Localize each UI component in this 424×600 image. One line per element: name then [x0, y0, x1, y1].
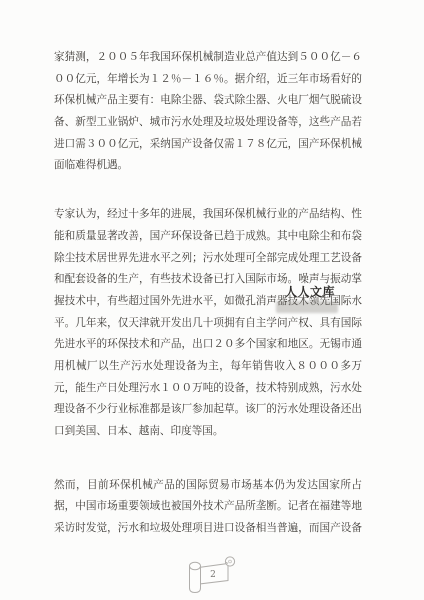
text-line: 然而，目前环保机械产品的国际贸易市场基本仍为发达国家所占 [54, 475, 362, 497]
text-line: 环保机械产品主要有：电除尘器、袋式除尘器、火电厂烟气脱硫设 [54, 90, 362, 112]
text-line: 平。几年来，仅天津就开发出几十项拥有自主学问产权、具有国际 [54, 313, 362, 335]
text-line: 先进水平的环保技术和产品，出口２０多个国家和地区。无锡市通 [54, 334, 362, 356]
text-line: 采访时发觉，污水和垃圾处理项目进口设备相当普遍，而国产设备 [54, 518, 362, 540]
text-line: ００亿元，年增长为１２％－１６％。据介绍，近三年市场看好的 [54, 69, 362, 91]
text-line: 用机械厂以生产污水处理设备为主，每年销售收入８０００多万 [54, 356, 362, 378]
text-line: 元，能生产日处理污水１００万吨的设备，技术特别成熟，污水处 [54, 378, 362, 400]
paragraph: 专家认为，经过十多年的进展，我国环保机械行业的产品结构、性能和质量显著改善，国产… [54, 204, 362, 443]
text-line: 和配套设备的生产，有些技术设备已打入国际市场。噪声与振动掌 [54, 269, 362, 291]
text-line: 握技术中，有些超过国外先进水平，如微孔消声器技术领先国际水 [54, 291, 362, 313]
paragraph: 然而，目前环保机械产品的国际贸易市场基本仍为发达国家所占据，中国市场重要领域也被… [54, 475, 362, 540]
text-line: 据，中国市场重要领域也被国外技术产品所垄断。记者在福建等地 [54, 496, 362, 518]
text-line: 面临难得机遇。 [54, 155, 362, 177]
text-line: 专家认为，经过十多年的进展，我国环保机械行业的产品结构、性 [54, 204, 362, 226]
text-line: 除尘技术居世界先进水平之列；污水处理可全部完成处理工艺设备 [54, 248, 362, 270]
page-number-ornament: 2 [185, 552, 243, 596]
text-line: 能和质量显著改善，国产环保设备已趋于成熟。其中电除尘和布袋 [54, 226, 362, 248]
scroll-icon: 2 [185, 552, 243, 596]
text-line: 理设备不少行业标准都是该厂参加起草。该厂的污水处理设备还出 [54, 399, 362, 421]
text-line: 口到美国、日本、越南、印度等国。 [54, 421, 362, 443]
document-body: 家猜测，２００５年我国环保机械制造业总产值达到５００亿－６００亿元，年增长为１２… [54, 47, 362, 540]
document-page: 家猜测，２００５年我国环保机械制造业总产值达到５００亿－６００亿元，年增长为１２… [0, 0, 424, 600]
paragraph: 家猜测，２００５年我国环保机械制造业总产值达到５００亿－６００亿元，年增长为１２… [54, 47, 362, 177]
text-line: 备、新型工业锅炉、城市污水处理及垃圾处理设备等，这些产品若 [54, 112, 362, 134]
text-line: 家猜测，２００５年我国环保机械制造业总产值达到５００亿－６ [54, 47, 362, 69]
text-line: 进口需３００亿元，采纳国产设备仅需１７８亿元，国产环保机械 [54, 134, 362, 156]
page-number: 2 [210, 570, 216, 580]
